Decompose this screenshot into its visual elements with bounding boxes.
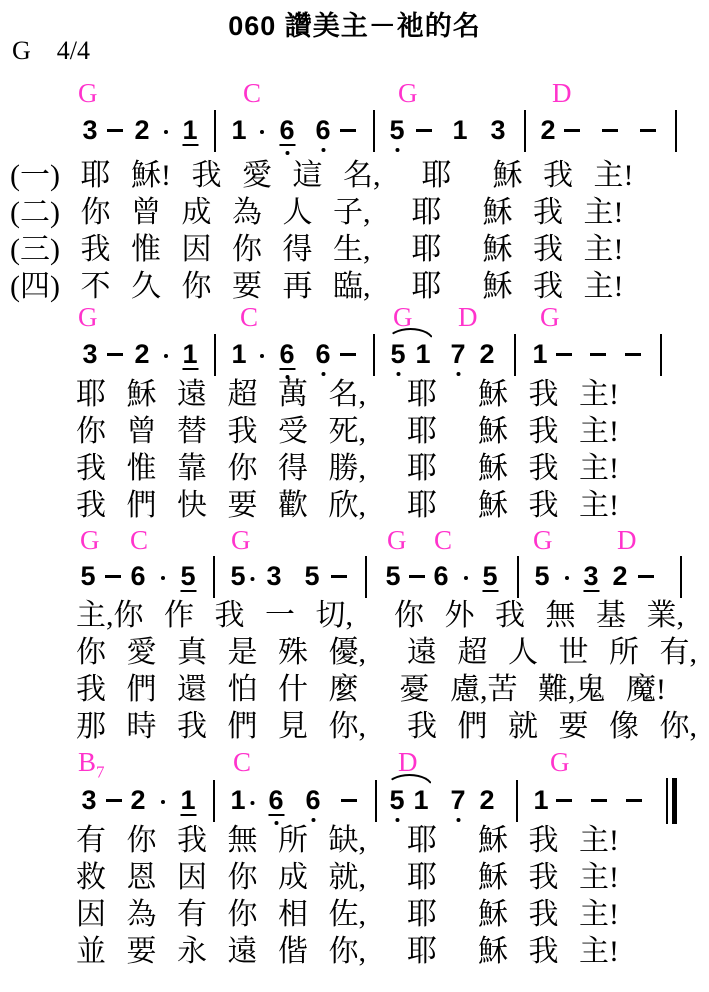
digit: 1 [180, 785, 195, 815]
digit: 6 [305, 785, 320, 815]
underline-beam [482, 590, 498, 592]
lyric-line: (四) 不 久 你 要 再 臨, 耶 穌 我 主! [10, 272, 623, 302]
dash-note [340, 129, 356, 132]
augmentation-dot [251, 577, 255, 581]
dot-note [464, 576, 468, 580]
key-signature: G4/4 [12, 36, 90, 66]
dash-note [556, 799, 572, 802]
barline [375, 780, 377, 822]
chord-label: C [130, 527, 148, 554]
note-digit: 1 [231, 341, 246, 368]
lyric-line: 主,你 作 我 一 切, 你 外 我 無 基 業, [76, 601, 684, 631]
barline [214, 334, 216, 376]
note-digit: 3 [82, 341, 97, 368]
low-octave-dot [321, 372, 325, 376]
note-digit: 1 [533, 787, 548, 814]
digit: 3 [266, 561, 281, 591]
digit: 2 [479, 785, 494, 815]
lyric-line: (三) 我 惟 因 你 得 生, 耶 穌 我 主! [10, 235, 623, 265]
chord-label: G [80, 527, 100, 554]
note-digit: 5 [304, 563, 319, 590]
lyric-line: 你 愛 真 是 殊 優, 遠 超 人 世 所 有, [76, 638, 697, 668]
barline [660, 334, 662, 376]
note-digit: 1 [452, 117, 467, 144]
dash-note [591, 799, 607, 802]
dash-note [625, 353, 641, 356]
digit: 5 [304, 561, 319, 591]
dash-note [107, 129, 123, 132]
low-octave-dot [396, 372, 400, 376]
dash-note [409, 575, 425, 578]
lyric-line: (二) 你 曾 成 為 人 子, 耶 穌 我 主! [10, 198, 623, 228]
digit: 1 [452, 115, 467, 145]
digit: 3 [82, 115, 97, 145]
barline [373, 334, 375, 376]
digit: 5 [80, 561, 95, 591]
dot-note [164, 130, 168, 134]
time-signature: 4/4 [57, 36, 90, 65]
note-digit: 6 [433, 563, 448, 590]
underline-beam [180, 590, 196, 592]
lyric-line: (一) 耶 穌! 我 愛 這 名, 耶 穌 我 主! [10, 161, 633, 191]
barline [514, 334, 516, 376]
lyric-line: 有 你 我 無 所 缺, 耶 穌 我 主! [76, 826, 619, 856]
note-digit: 1 [182, 117, 197, 144]
digit: 3 [490, 115, 505, 145]
augmentation-dot [251, 801, 255, 805]
note-digit: 7 [450, 787, 465, 814]
barline [213, 556, 215, 598]
barline [214, 110, 216, 152]
low-octave-dot [321, 148, 325, 152]
digit: 7 [450, 785, 465, 815]
low-octave-dot [285, 151, 289, 155]
note-digit: 6 [130, 563, 145, 590]
low-octave-dot [395, 148, 399, 152]
chord-label: C [233, 749, 251, 776]
note-digit: 3 [490, 117, 505, 144]
dash-note [106, 799, 122, 802]
underline-beam [279, 368, 295, 370]
digit: 1 [182, 115, 197, 145]
digit: 5 [180, 561, 195, 591]
dash-note [556, 353, 572, 356]
digit: 2 [612, 561, 627, 591]
song-title: 060 讚美主－祂的名 [0, 4, 709, 43]
note-digit: 2 [130, 787, 145, 814]
barline [213, 780, 215, 822]
note-digit: 1 [182, 341, 197, 368]
dot-note [565, 576, 569, 580]
digit: 1 [533, 785, 548, 815]
lyric-line: 我 們 還 怕 什 麼 憂 慮,苦 難,鬼 魔! [76, 675, 666, 705]
lyric-line: 我 惟 靠 你 得 勝, 耶 穌 我 主! [76, 454, 619, 484]
note-digit: 1 [230, 787, 245, 814]
digit: 1 [231, 115, 246, 145]
dash-note [105, 575, 121, 578]
note-digit: 1 [413, 787, 428, 814]
chord-label: G [231, 527, 251, 554]
lyric-line: 你 曾 替 我 受 死, 耶 穌 我 主! [76, 417, 619, 447]
digit: 2 [540, 115, 555, 145]
dash-note [640, 129, 656, 132]
dash-note [564, 129, 580, 132]
dot-note [161, 800, 165, 804]
low-octave-dot [395, 818, 399, 822]
barline [373, 110, 375, 152]
digit: 1 [182, 339, 197, 369]
note-digit: 2 [612, 563, 627, 590]
note-digit: 5 [534, 563, 549, 590]
dot-note [164, 354, 168, 358]
digit: 6 [433, 561, 448, 591]
low-octave-dot [311, 818, 315, 822]
digit: 3 [81, 785, 96, 815]
barline [680, 556, 682, 598]
note-digit: 1 [415, 341, 430, 368]
digit: 3 [82, 339, 97, 369]
dash-note [626, 799, 642, 802]
digit: 5 [389, 115, 404, 145]
digit: 1 [532, 339, 547, 369]
digit: 5 [385, 561, 400, 591]
digit: 5 [389, 785, 404, 815]
digit: 5 [390, 339, 405, 369]
lyric-line: 我 們 快 要 歡 欣, 耶 穌 我 主! [76, 491, 619, 521]
chord-label: G [533, 527, 553, 554]
underline-beam [583, 590, 599, 592]
digit: 5 [482, 561, 497, 591]
digit: 1 [231, 339, 246, 369]
note-digit: 2 [134, 117, 149, 144]
hymn-sheet: 060 讚美主－祂的名 G4/4 GCGD3211665132GCGDG3211… [0, 0, 709, 992]
key-letter: G [12, 36, 31, 65]
note-digit: 5 [389, 117, 404, 144]
digit: 1 [230, 785, 245, 815]
note-digit: 2 [540, 117, 555, 144]
digit: 6 [315, 339, 330, 369]
digit: 7 [450, 339, 465, 369]
lyric-line: 救 恩 因 你 成 就, 耶 穌 我 主! [76, 863, 619, 893]
note-digit: 5 [390, 341, 405, 368]
chord-label: G [393, 304, 413, 331]
note-digit: 1 [532, 341, 547, 368]
note-digit: 5 [230, 563, 245, 590]
note-digit: 6 [279, 341, 294, 368]
chord-label: G [550, 749, 570, 776]
dash-note [602, 129, 618, 132]
digit: 3 [583, 561, 598, 591]
barline [517, 556, 519, 598]
note-digit: 2 [134, 341, 149, 368]
chord-label: C [243, 80, 261, 107]
digit: 2 [479, 339, 494, 369]
note-digit: 1 [231, 117, 246, 144]
dash-note [341, 799, 357, 802]
note-digit: 6 [279, 117, 294, 144]
digit: 6 [315, 115, 330, 145]
chord-label: G [398, 80, 418, 107]
chord-label: G [78, 80, 98, 107]
chord-label: D [617, 527, 637, 554]
note-digit: 1 [180, 787, 195, 814]
dot-note [161, 576, 165, 580]
note-digit: 3 [82, 117, 97, 144]
low-octave-dot [456, 372, 460, 376]
underline-beam [279, 144, 295, 146]
note-digit: 2 [479, 341, 494, 368]
note-digit: 7 [450, 341, 465, 368]
lyric-line: 那 時 我 們 見 你, 我 們 就 要 像 你, [76, 712, 697, 742]
barline [516, 780, 518, 822]
note-digit: 3 [81, 787, 96, 814]
digit: 1 [415, 339, 430, 369]
chord-label: B7 [78, 749, 105, 780]
note-digit: 6 [315, 341, 330, 368]
underline-beam [182, 368, 198, 370]
note-digit: 6 [268, 787, 283, 814]
note-digit: 2 [479, 787, 494, 814]
note-digit: 5 [482, 563, 497, 590]
barline [675, 110, 677, 152]
digit: 6 [268, 785, 283, 815]
dash-note [340, 353, 356, 356]
digit: 2 [134, 339, 149, 369]
underline-beam [182, 144, 198, 146]
underline-beam [268, 814, 284, 816]
digit: 6 [130, 561, 145, 591]
note-digit: 3 [266, 563, 281, 590]
barline [524, 110, 526, 152]
digit: 2 [134, 115, 149, 145]
note-digit: 5 [385, 563, 400, 590]
digit: 6 [279, 115, 294, 145]
note-digit: 6 [305, 787, 320, 814]
dash-note [416, 129, 432, 132]
underline-beam [180, 814, 196, 816]
dash-note [107, 353, 123, 356]
digit: 6 [279, 339, 294, 369]
dot-note [260, 130, 264, 134]
note-digit: 5 [180, 563, 195, 590]
final-barline-thick [672, 778, 677, 824]
digit: 5 [534, 561, 549, 591]
final-barline-thin [666, 778, 668, 824]
lyric-line: 並 要 永 遠 偕 你, 耶 穌 我 主! [76, 937, 619, 967]
note-digit: 3 [583, 563, 598, 590]
dash-note [638, 575, 654, 578]
chord-label: G [78, 304, 98, 331]
chord-label: C [434, 527, 452, 554]
final-barline [666, 778, 678, 824]
chord-label: G [387, 527, 407, 554]
chord-label: D [552, 80, 572, 107]
dot-note [260, 354, 264, 358]
dash-note [590, 353, 606, 356]
digit: 5 [230, 561, 245, 591]
chord-label: G [540, 304, 560, 331]
lyric-line: 因 為 有 你 相 佐, 耶 穌 我 主! [76, 900, 619, 930]
chord-label: C [240, 304, 258, 331]
note-digit: 5 [389, 787, 404, 814]
dash-note [331, 575, 347, 578]
chord-seventh: 7 [96, 762, 105, 781]
lyric-line: 耶 穌 遠 超 萬 名, 耶 穌 我 主! [76, 380, 619, 410]
note-digit: 5 [80, 563, 95, 590]
digit: 2 [130, 785, 145, 815]
chord-label: D [398, 749, 418, 776]
digit: 1 [413, 785, 428, 815]
low-octave-dot [456, 818, 460, 822]
note-digit: 6 [315, 117, 330, 144]
chord-label: D [458, 304, 478, 331]
barline [365, 556, 367, 598]
